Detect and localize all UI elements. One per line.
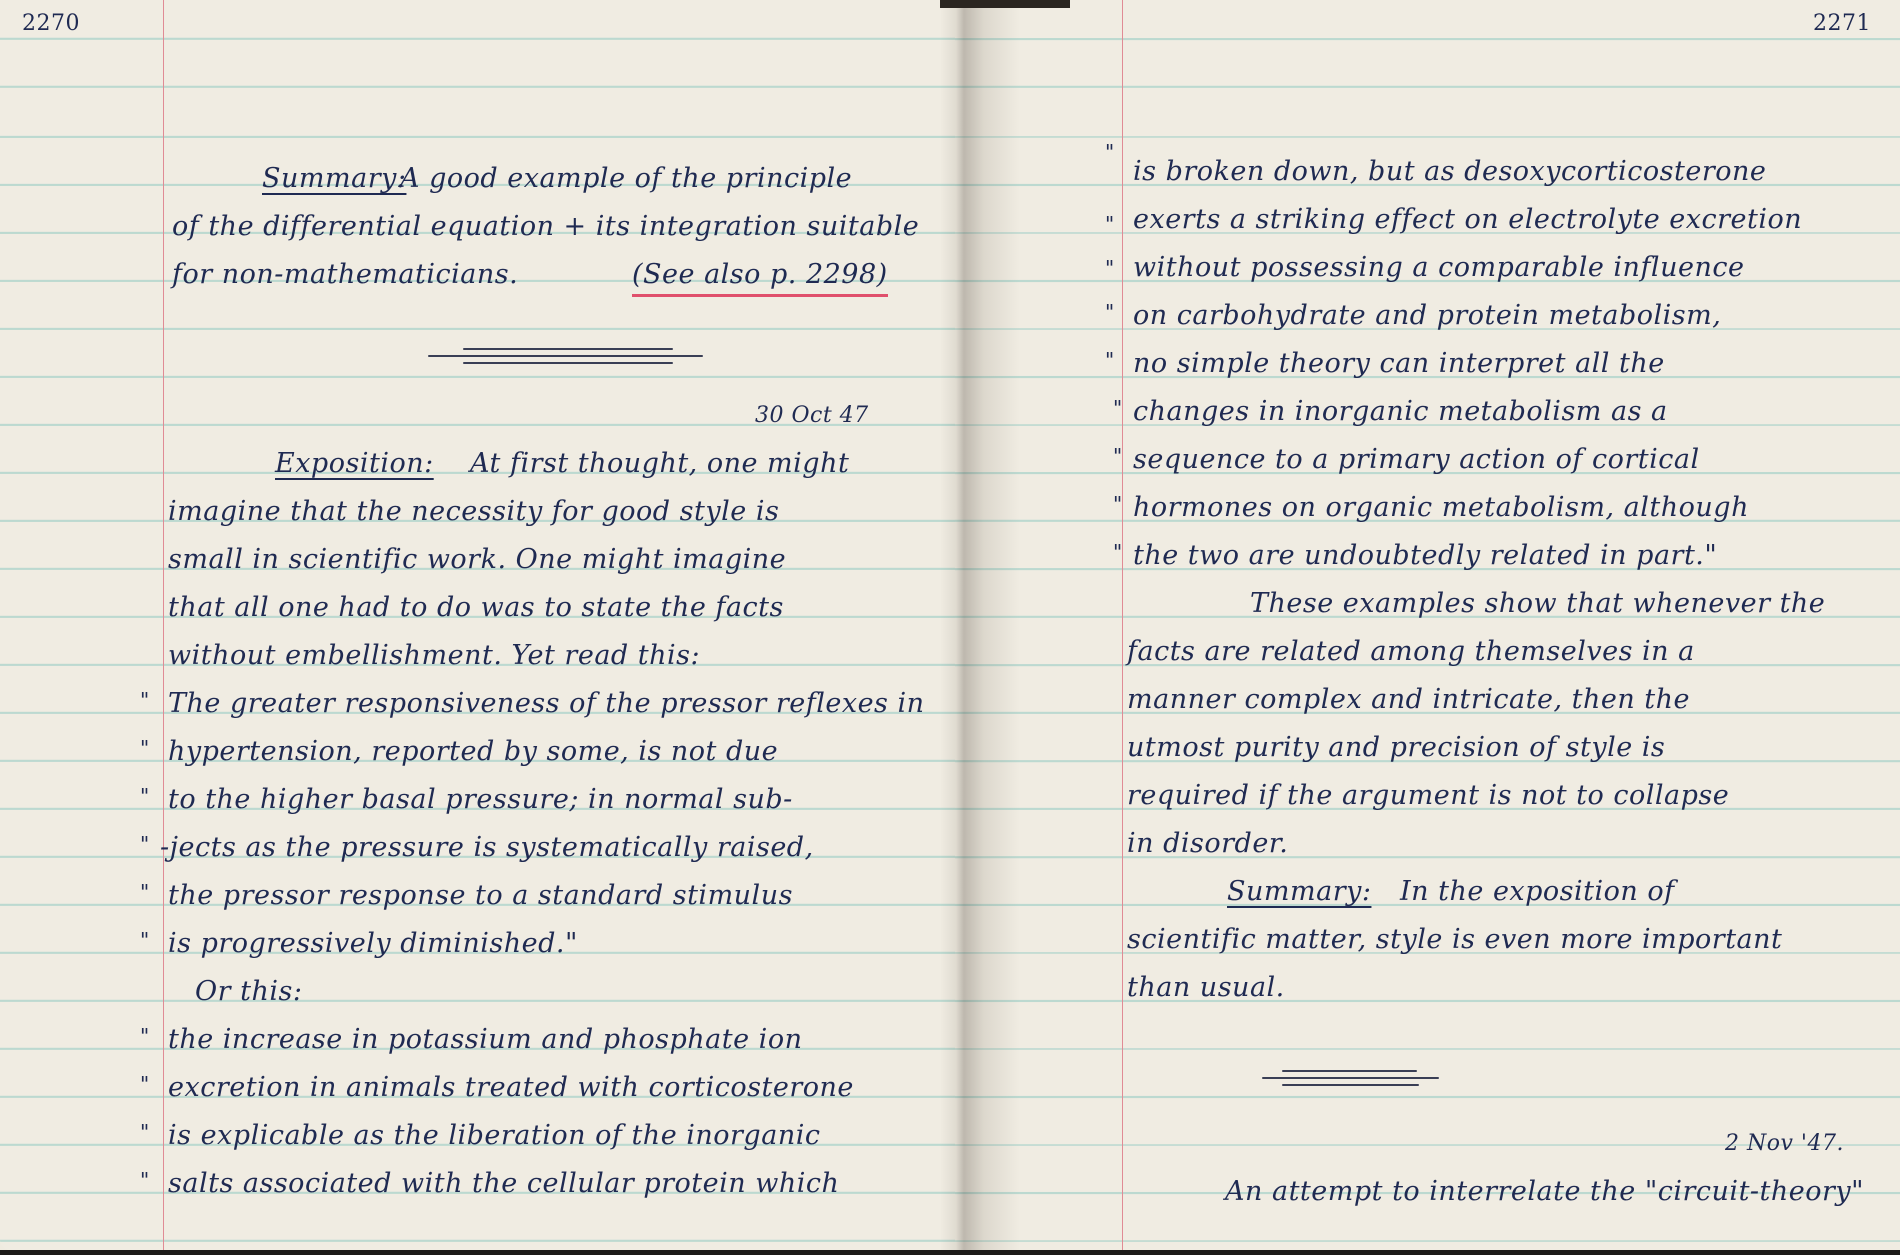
exposition-label: Exposition: [275, 448, 434, 479]
summary-line: scientific matter, style is even more im… [1127, 916, 1782, 964]
ditto-mark: " [140, 1168, 149, 1192]
right-page: 2271 " is broken down, but as desoxycort… [955, 0, 1900, 1250]
quote-line: without possessing a comparable influenc… [1133, 244, 1744, 292]
exposition-line: that all one had to do was to state the … [168, 584, 784, 632]
quote-line: the increase in potassium and phosphate … [168, 1016, 802, 1064]
ditto-mark: " [1113, 540, 1122, 564]
ditto-mark: " [1105, 256, 1114, 280]
ditto-mark: " [140, 736, 149, 760]
quote-line: exerts a striking effect on electrolyte … [1133, 196, 1802, 244]
quote-line: the pressor response to a standard stimu… [168, 872, 793, 920]
ditto-mark: " [140, 880, 149, 904]
summary-label: Summary: [262, 163, 406, 194]
conclusion-line: manner complex and intricate, then the [1127, 676, 1690, 724]
quote-line: The greater responsiveness of the presso… [168, 680, 925, 728]
cross-reference-text: (See also p. 2298) [632, 259, 888, 297]
ditto-mark: " [1105, 300, 1114, 324]
conclusion-line: utmost purity and precision of style is [1127, 724, 1665, 772]
cross-reference: (See also p. 2298) [632, 251, 888, 299]
summary-line: In the exposition of [1400, 868, 1675, 916]
quote-line: is progressively diminished." [168, 920, 578, 968]
ditto-mark: " [1105, 140, 1114, 164]
summary-label: Summary: [1227, 876, 1371, 907]
exposition-line: At first thought, one might [470, 440, 849, 488]
quote-line: is explicable as the liberation of the i… [168, 1112, 820, 1160]
summary-line: A good example of the principle [400, 155, 852, 203]
quote-line: -jects as the pressure is systematically… [160, 824, 814, 872]
section-divider [428, 348, 708, 368]
quote-line: no simple theory can interpret all the [1133, 340, 1665, 388]
exposition-line: imagine that the necessity for good styl… [168, 488, 779, 536]
ditto-mark: " [140, 928, 149, 952]
quote-line: sequence to a primary action of cortical [1133, 436, 1700, 484]
ditto-mark: " [1113, 492, 1122, 516]
binding-edge [940, 0, 1070, 8]
page-number: 2271 [1813, 0, 1871, 48]
next-entry-line: An attempt to interrelate the "circuit-t… [1225, 1168, 1864, 1216]
ditto-mark: " [1113, 396, 1122, 420]
entry-date: 2 Nov '47. [1725, 1120, 1844, 1168]
ditto-mark: " [140, 784, 149, 808]
conclusion-line: in disorder. [1127, 820, 1288, 868]
quote-line: is broken down, but as desoxycorticoster… [1133, 148, 1766, 196]
quote-line: salts associated with the cellular prote… [168, 1160, 839, 1208]
section-divider [1262, 1070, 1442, 1090]
conclusion-line: required if the argument is not to colla… [1127, 772, 1729, 820]
exposition-heading: Exposition: [275, 440, 434, 488]
ditto-mark: " [1113, 444, 1122, 468]
quote-line: changes in inorganic metabolism as a [1133, 388, 1668, 436]
ditto-mark: " [1105, 348, 1114, 372]
summary-heading: Summary: [1227, 868, 1371, 916]
ditto-mark: " [140, 1024, 149, 1048]
quote-line: excretion in animals treated with cortic… [168, 1064, 854, 1112]
summary-line: for non-mathematicians. [172, 251, 518, 299]
exposition-line: without embellishment. Yet read this: [168, 632, 700, 680]
left-page: 2270 Summary: A good example of the prin… [0, 0, 955, 1250]
ditto-mark: " [140, 832, 149, 856]
quote-line: hypertension, reported by some, is not d… [168, 728, 778, 776]
ditto-mark: " [1105, 212, 1114, 236]
or-this-label: Or this: [195, 968, 302, 1016]
summary-heading: Summary: [262, 155, 406, 203]
margin-line [163, 0, 164, 1250]
exposition-line: small in scientific work. One might imag… [168, 536, 786, 584]
quote-line: to the higher basal pressure; in normal … [168, 776, 793, 824]
quote-line: on carbohydrate and protein metabolism, [1133, 292, 1721, 340]
page-number: 2270 [22, 0, 80, 48]
notebook-spread: 2270 Summary: A good example of the prin… [0, 0, 1900, 1250]
margin-line [1122, 0, 1123, 1250]
ditto-mark: " [140, 1120, 149, 1144]
summary-line: of the differential equation + its integ… [172, 203, 919, 251]
quote-line: hormones on organic metabolism, although [1133, 484, 1749, 532]
conclusion-line: These examples show that whenever the [1250, 580, 1825, 628]
ditto-mark: " [140, 688, 149, 712]
summary-line: than usual. [1127, 964, 1285, 1012]
entry-date: 30 Oct 47 [755, 392, 869, 440]
conclusion-line: facts are related among themselves in a [1127, 628, 1695, 676]
quote-line: the two are undoubtedly related in part.… [1133, 532, 1717, 580]
ditto-mark: " [140, 1072, 149, 1096]
